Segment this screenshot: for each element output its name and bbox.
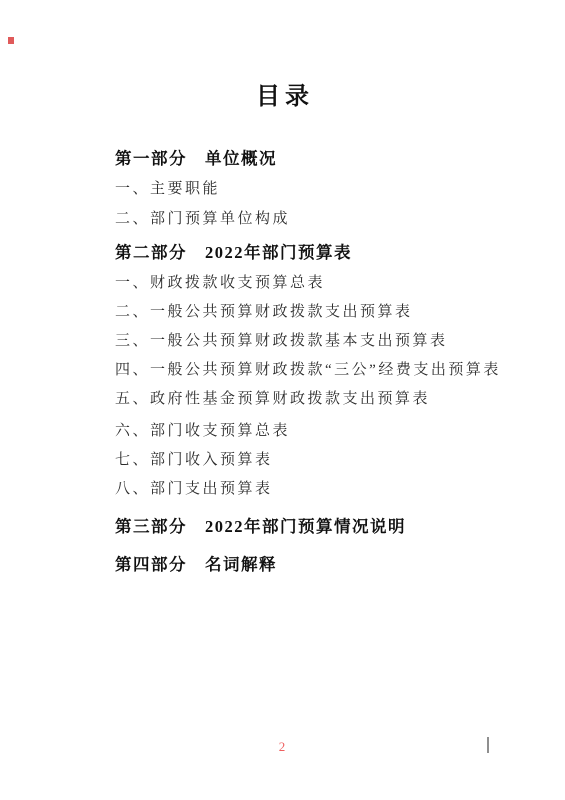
page-title: 目录 [0, 84, 565, 110]
toc-heading-part4: 第四部分 名词解释 [115, 556, 277, 573]
toc-item: 八、部门支出预算表 [115, 482, 273, 498]
toc-heading-part1: 第一部分 单位概况 [115, 150, 277, 167]
toc-item: 四、一般公共预算财政拨款“三公”经费支出预算表 [115, 363, 501, 379]
toc-heading-part3: 第三部分 2022年部门预算情况说明 [115, 518, 406, 535]
page-number: 2 [272, 740, 292, 753]
toc-item: 一、财政拨款收支预算总表 [115, 276, 325, 292]
document-page: 目录 第一部分 单位概况 一、主要职能 二、部门预算单位构成 第二部分 2022… [0, 0, 565, 800]
toc-item: 一、主要职能 [115, 182, 220, 198]
cursor-bar-mark [487, 737, 489, 753]
toc-heading-part2: 第二部分 2022年部门预算表 [115, 244, 352, 261]
toc-item: 二、一般公共预算财政拨款支出预算表 [115, 305, 413, 321]
red-corner-mark [8, 37, 14, 44]
toc-item: 七、部门收入预算表 [115, 453, 273, 469]
toc-item: 五、政府性基金预算财政拨款支出预算表 [115, 392, 430, 408]
toc-item: 六、部门收支预算总表 [115, 424, 290, 440]
toc-item: 二、部门预算单位构成 [115, 212, 290, 228]
toc-item: 三、一般公共预算财政拨款基本支出预算表 [115, 334, 448, 350]
